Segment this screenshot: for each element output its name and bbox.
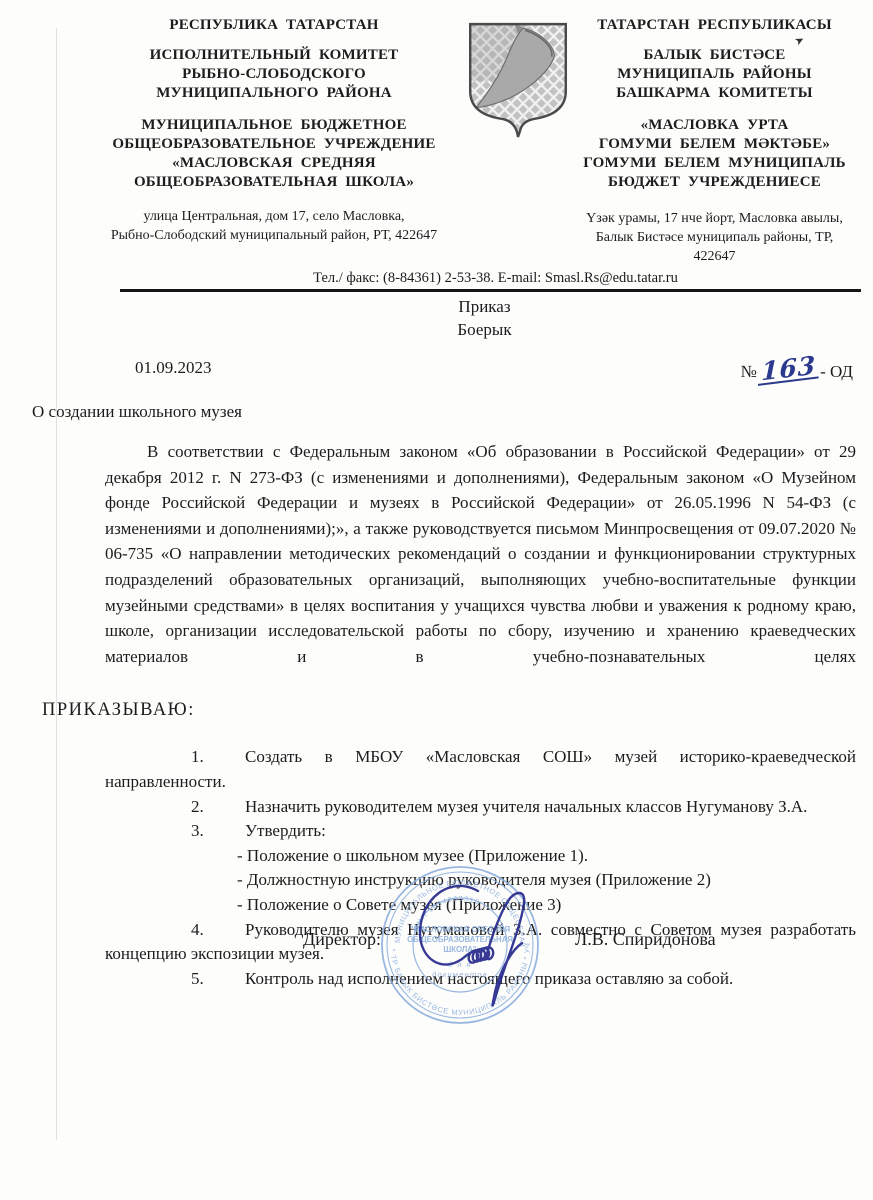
handwritten-number: 163 (758, 354, 819, 386)
meta-row: 01.09.2023 № 163 - ОД (105, 358, 853, 382)
stamp-center-line2: ОБЩЕОБРАЗОВАТЕЛЬНАЯ (407, 935, 513, 944)
title-russian: Приказ (96, 295, 873, 318)
order-date: 01.09.2023 (105, 358, 212, 382)
republic-name-tt: ТАТАРСТАН РЕСПУБЛИКАСЫ (576, 16, 853, 35)
order-item-3: 3.Утвердить: (105, 819, 856, 844)
letterhead-tatar: ТАТАРСТАН РЕСПУБЛИКАСЫ БАЛЫК БИСТӘСЕ МУН… (576, 16, 867, 266)
title-tatar: Боерык (96, 318, 873, 341)
address-tt: Үзәк урамы, 17 нче йорт, Масловка авылы,… (576, 209, 853, 266)
stamp-purpose-line2: документов (432, 970, 488, 979)
item-number: 4. (191, 918, 245, 943)
order-subject: О создании школьного музея (0, 402, 873, 422)
item-text: Назначить руководителем музея учителя на… (245, 797, 807, 816)
coat-of-arms (460, 16, 576, 145)
order-word: ПРИКАЗЫВАЮ: (0, 700, 873, 721)
item-number: 1. (191, 745, 245, 770)
republic-name-ru: РЕСПУБЛИКА ТАТАРСТАН (88, 16, 460, 35)
committee-name-tt: БАЛЫК БИСТӘСЕ МУНИЦИПАЛЬ РАЙОНЫ БАШКАРМА… (576, 46, 853, 103)
number-sign: № (741, 362, 757, 382)
letterhead-russian: РЕСПУБЛИКА ТАТАРСТАН ИСПОЛНИТЕЛЬНЫЙ КОМИ… (88, 16, 460, 245)
item-text: Утвердить: (245, 821, 326, 840)
round-stamp: МУНИЦИПАЛЬНОЕ БЮДЖЕТНОЕ ОБЩЕОБРАЗОВАТЕЛЬ… (350, 855, 538, 1023)
number-suffix: - ОД (820, 362, 853, 382)
item-number: 2. (191, 795, 245, 820)
order-item-1: 1.Создать в МБОУ «Масловская СОШ» музей … (105, 745, 856, 794)
school-name-ru: МУНИЦИПАЛЬНОЕ БЮДЖЕТНОЕ ОБЩЕОБРАЗОВАТЕЛЬ… (88, 116, 460, 192)
letterhead-divider (120, 289, 861, 292)
letterhead: РЕСПУБЛИКА ТАТАРСТАН ИСПОЛНИТЕЛЬНЫЙ КОМИ… (0, 0, 873, 266)
scan-edge-artifact (56, 28, 57, 1140)
document-title: Приказ Боерык (0, 295, 873, 341)
scanned-order-document: ➤ РЕСПУБЛИКА ТАТАРСТАН ИСПОЛНИТЕЛЬНЫЙ КО… (0, 0, 873, 1200)
address-ru: улица Центральная, дом 17, село Масловка… (88, 207, 460, 245)
order-number: № 163 - ОД (741, 358, 853, 382)
school-name-tt: «МАСЛОВКА УРТА ГОМУМИ БЕЛЕМ МӘКТӘБЕ» ГОМ… (576, 116, 853, 192)
contact-line: Тел./ факс: (8-84361) 2-53-38. E-mail: S… (0, 270, 873, 287)
coat-of-arms-icon (462, 18, 574, 140)
preamble-paragraph: В соответствии с Федеральным законом «Об… (105, 439, 856, 669)
stamp-and-signature: МУНИЦИПАЛЬНОЕ БЮДЖЕТНОЕ ОБЩЕОБРАЗОВАТЕЛЬ… (350, 855, 690, 1040)
item-number: 3. (191, 819, 245, 844)
order-item-2: 2.Назначить руководителем музея учителя … (105, 795, 856, 820)
committee-name-ru: ИСПОЛНИТЕЛЬНЫЙ КОМИТЕТ РЫБНО-СЛОБОДСКОГО… (88, 46, 460, 103)
item-number: 5. (191, 967, 245, 992)
